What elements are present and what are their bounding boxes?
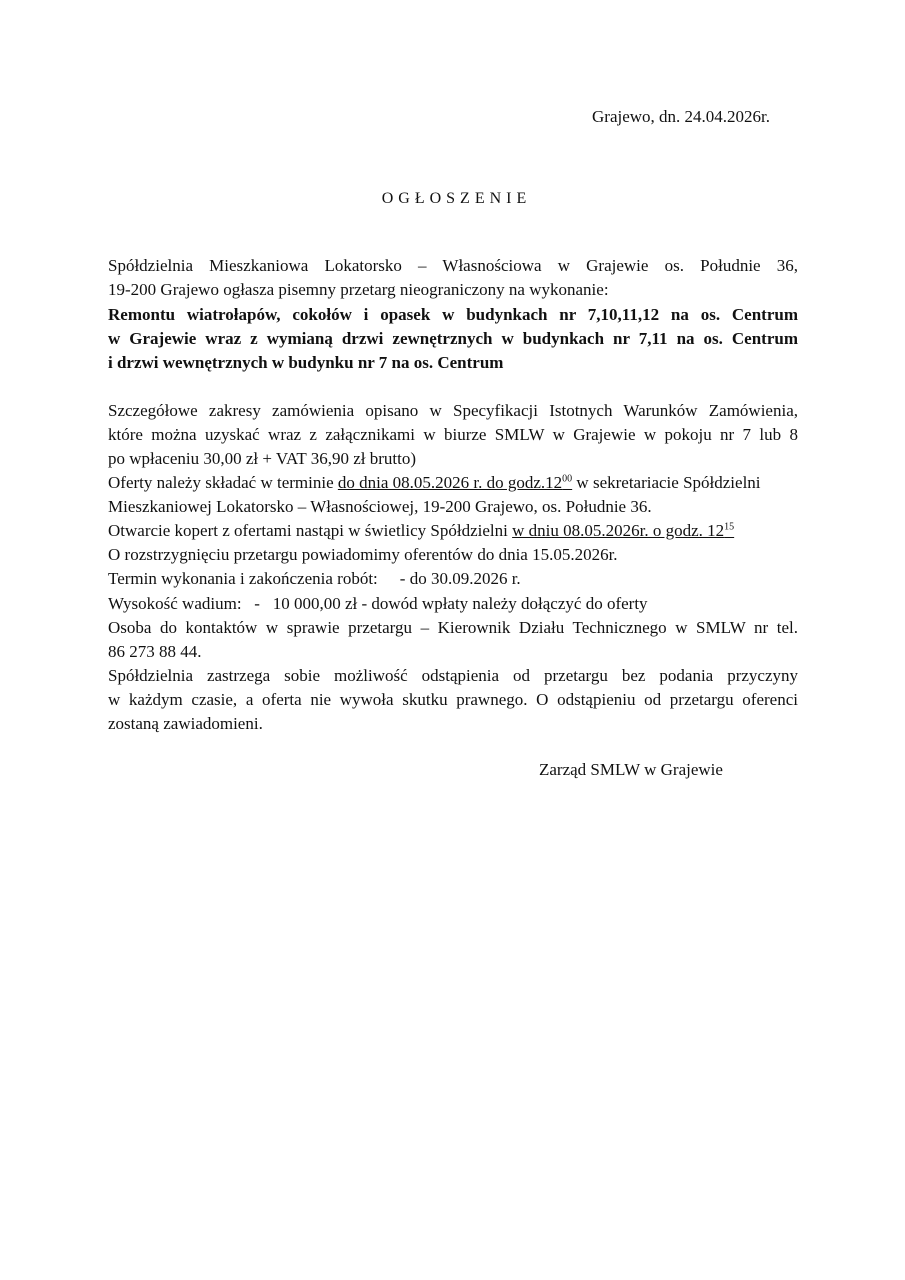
offers-prefix: Oferty należy składać w terminie	[108, 473, 338, 492]
opening-date: w dniu 08.05.2026r. o godz. 1215	[512, 521, 734, 540]
subject-line-1: Remontu wiatrołapów, cokołów i opasek w …	[108, 303, 798, 326]
reserve-line-3: zostaną zawiadomieni.	[108, 712, 798, 735]
completion-label: Termin wykonania i zakończenia robót:	[108, 569, 378, 588]
resolution-line: O rozstrzygnięciu przetargu powiadomimy …	[108, 543, 798, 566]
offers-deadline-text: do dnia 08.05.2026 r. do godz.12	[338, 473, 562, 492]
offers-deadline-minutes: 00	[562, 473, 572, 484]
completion-line: Termin wykonania i zakończenia robót:- d…	[108, 567, 798, 590]
spec-line-1: Szczegółowe zakresy zamówienia opisano w…	[108, 399, 798, 422]
page-title: OGŁOSZENIE	[0, 190, 905, 208]
date-line: Grajewo, dn. 24.04.2026r.	[592, 107, 770, 127]
spec-line-2: które można uzyskać wraz z załącznikami …	[108, 423, 798, 446]
completion-value: - do 30.09.2026 r.	[400, 569, 521, 588]
subject-line-3: i drzwi wewnętrznych w budynku nr 7 na o…	[108, 351, 798, 374]
reserve-line-1: Spółdzielnia zastrzega sobie możliwość o…	[108, 664, 798, 687]
contact-line-1: Osoba do kontaktów w sprawie przetargu –…	[108, 616, 798, 639]
deposit-label: Wysokość wadium:	[108, 594, 242, 613]
spec-line-3: po wpłaceniu 30,00 zł + VAT 36,90 zł bru…	[108, 447, 798, 470]
offers-suffix: w sekretariacie Spółdzielni	[572, 473, 760, 492]
offers-deadline: do dnia 08.05.2026 r. do godz.1200	[338, 473, 572, 492]
opening-prefix: Otwarcie kopert z ofertami nastąpi w świ…	[108, 521, 512, 540]
contact-line-2: 86 273 88 44.	[108, 640, 798, 663]
offers-line-2: Mieszkaniowej Lokatorsko – Własnościowej…	[108, 495, 798, 518]
intro-line-2: 19-200 Grajewo ogłasza pisemny przetarg …	[108, 278, 798, 301]
subject-line-2: w Grajewie wraz z wymianą drzwi zewnętrz…	[108, 327, 798, 350]
opening-minutes: 15	[724, 521, 734, 532]
opening-line: Otwarcie kopert z ofertami nastąpi w świ…	[108, 519, 798, 542]
signature: Zarząd SMLW w Grajewie	[539, 760, 723, 780]
deposit-line: Wysokość wadium: - 10 000,00 zł - dowód …	[108, 592, 798, 615]
offers-line-1: Oferty należy składać w terminie do dnia…	[108, 471, 798, 494]
opening-date-text: w dniu 08.05.2026r. o godz. 12	[512, 521, 724, 540]
reserve-line-2: w każdym czasie, a oferta nie wywoła sku…	[108, 688, 798, 711]
intro-line-1: Spółdzielnia Mieszkaniowa Lokatorsko – W…	[108, 254, 798, 277]
deposit-value: - 10 000,00 zł - dowód wpłaty należy doł…	[254, 594, 647, 613]
